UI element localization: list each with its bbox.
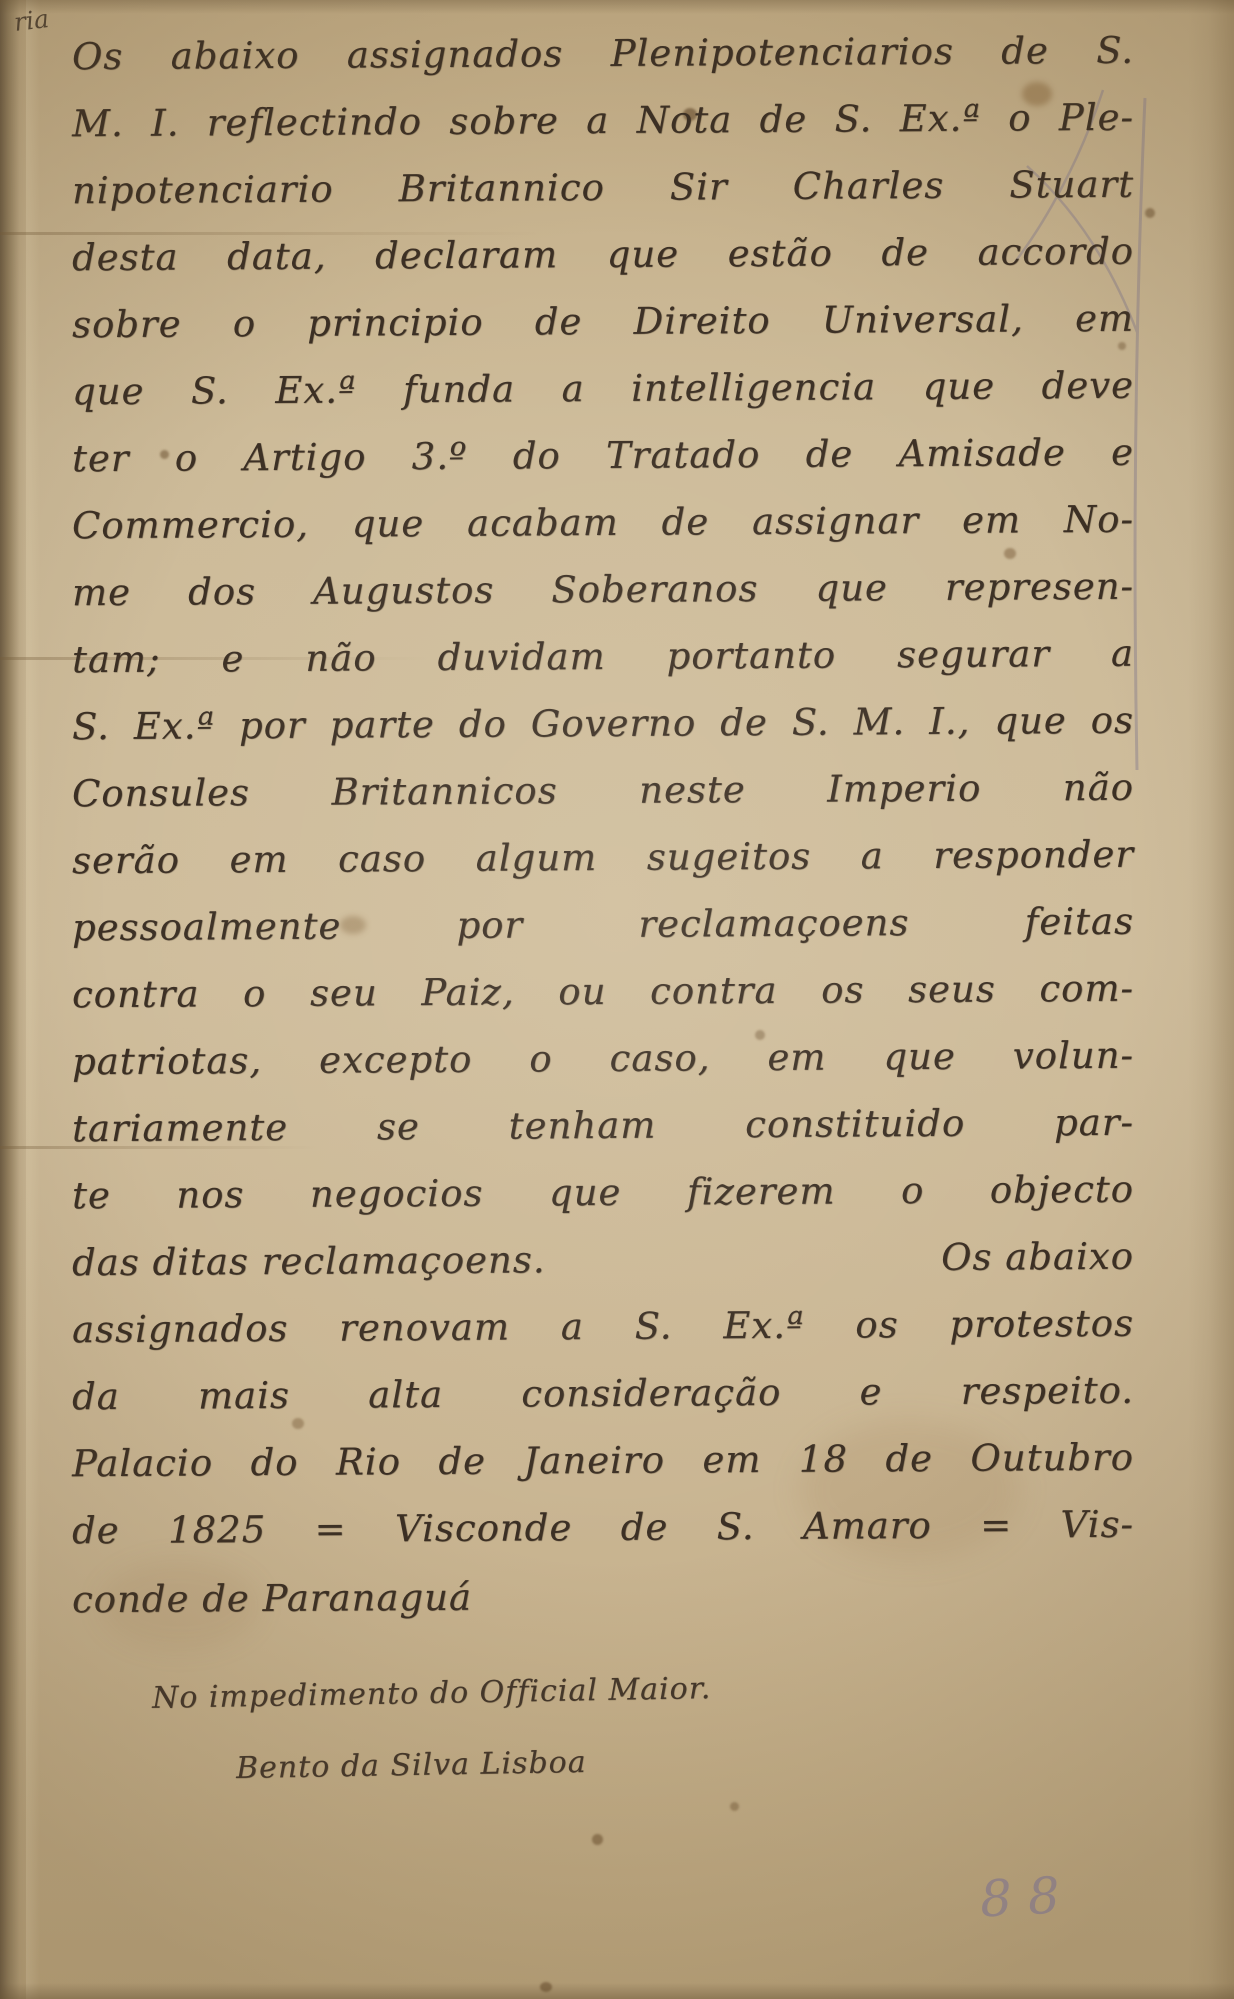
pencil-page-number: 88 [979,1866,1078,1929]
manuscript-line: Palacio do Rio de Janeiro em 18 de Outub… [72,1432,1134,1490]
manuscript-line: ter o Artigo 3.º do Tratado de Amisade e [72,427,1134,485]
paper-stain [1145,208,1155,218]
manuscript-line: te nos negocios que fizerem o objecto [72,1164,1134,1222]
manuscript-line: contra o seu Paiz, ou contra os seus com… [72,963,1134,1021]
manuscript-line: tariamente se tenham constituido par- [72,1097,1134,1155]
manuscript-line: conde de Paranaguá [72,1572,472,1626]
closing-statement: No impedimento do Official Maior. [152,1671,712,1716]
manuscript-line: S. Ex.ª por parte do Governo de S. M. I.… [72,695,1134,753]
manuscript-line: das ditas reclamaçoens. Os abaixo [72,1231,1134,1289]
manuscript-line: M. I. reflectindo sobre a Nota de S. Ex.… [72,92,1134,150]
paper-stain [592,1834,603,1845]
manuscript-line: patriotas, excepto o caso, em que volun- [72,1030,1134,1088]
paper-edge-bottom [0,1983,1234,1999]
manuscript-line: assignados renovam a S. Ex.ª os protesto… [72,1298,1134,1356]
marginalia-fragment: ria [12,4,50,37]
manuscript-line-left: das ditas reclamaçoens. [72,1234,546,1289]
manuscript-line: me dos Augustos Soberanos que represen- [72,561,1134,619]
paper-edge-left-highlight [26,0,40,1999]
manuscript-line: de 1825 = Visconde de S. Amaro = Vis- [72,1499,1134,1557]
manuscript-line: pessoalmente por reclamaçoens feitas [72,896,1134,954]
manuscript-line: Os abaixo assignados Plenipotenciarios d… [72,25,1134,83]
signature-name: Bento da Silva Lisboa [236,1745,587,1786]
paper-stain [1004,548,1016,559]
manuscript-line: que S. Ex.ª funda a intelligencia que de… [72,360,1134,418]
manuscript-line: tam; e não duvidam portanto segurar a [72,628,1134,686]
manuscript-line: serão em caso algum sugeitos a responder [72,829,1134,887]
manuscript-line: da mais alta consideração e respeito. [72,1365,1134,1423]
paper-edge-top [0,0,1234,14]
manuscript-line: desta data, declaram que estão de accord… [72,226,1134,284]
manuscript-line: sobre o principio de Direito Universal, … [72,293,1134,351]
manuscript-line: nipotenciario Britannico Sir Charles Stu… [72,159,1134,217]
manuscript-line: Consules Britannicos neste Imperio não [72,762,1134,820]
manuscript-line-right: Os abaixo [941,1231,1134,1284]
paper-edge-right [1188,0,1234,1999]
paper-stain [730,1802,739,1811]
manuscript-page: ria Os abaixo assignados Plenipotenciari… [0,0,1234,1999]
manuscript-line: Commercio, que acabam de assignar em No- [72,494,1134,552]
